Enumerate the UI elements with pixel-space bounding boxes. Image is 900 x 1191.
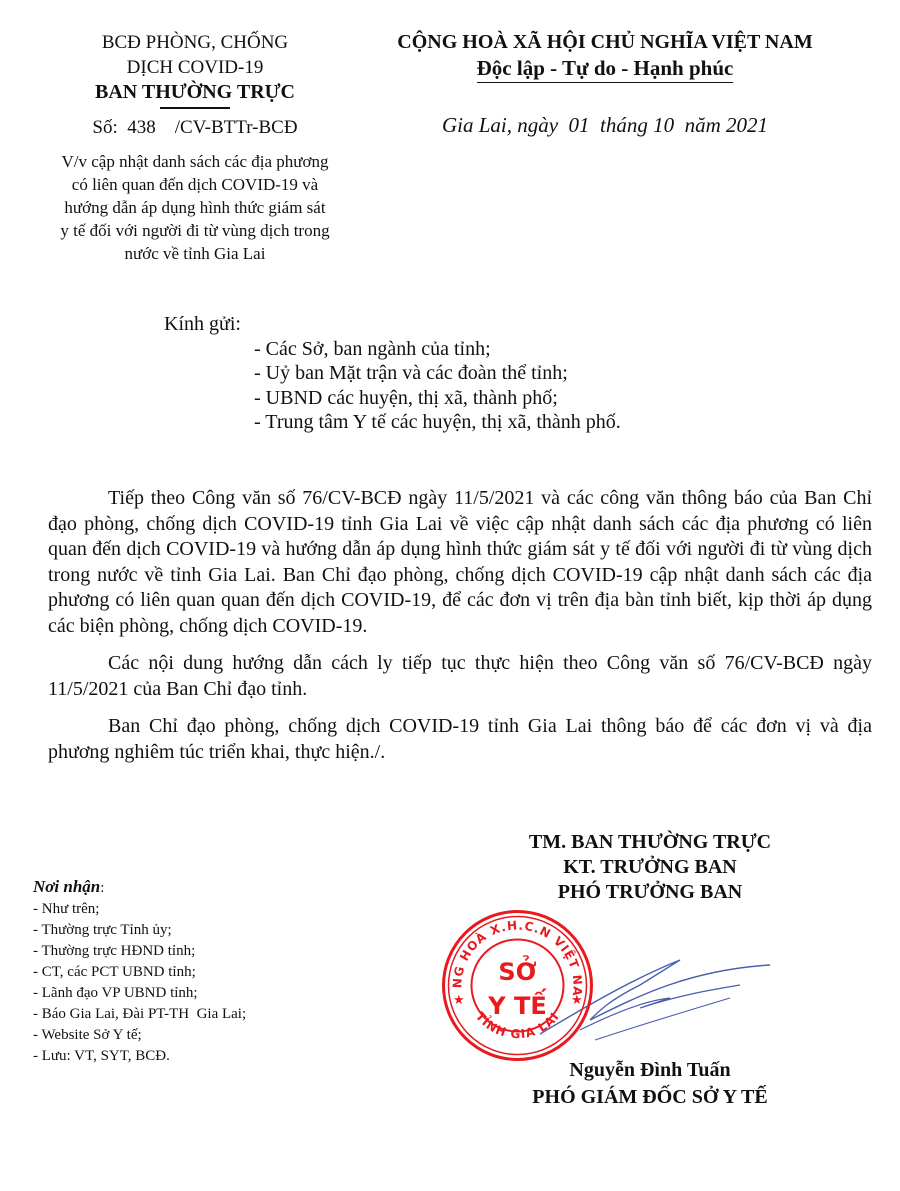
distribution-item: - CT, các PCT UBND tỉnh;: [33, 962, 246, 983]
body-paragraph: Tiếp theo Công văn số 76/CV-BCĐ ngày 11/…: [48, 486, 872, 639]
distribution-item: - Lãnh đạo VP UBND tỉnh;: [33, 983, 246, 1004]
distribution-title: Nơi nhận: [33, 877, 100, 896]
subject-line: có liên quan đến dịch COVID-19 và: [40, 173, 350, 196]
signer-block: Nguyễn Đình Tuấn PHÓ GIÁM ĐỐC SỞ Y TẾ: [440, 1057, 860, 1111]
distribution-item: - Báo Gia Lai, Đài PT-TH Gia Lai;: [33, 1004, 246, 1025]
recipient-item: - Các Sở, ban ngành của tỉnh;: [254, 337, 621, 362]
seal-center-line1: SỞ: [498, 953, 536, 986]
seal-star-left: ★: [453, 992, 465, 1007]
signature-line3: PHÓ TRƯỞNG BAN: [440, 880, 860, 905]
subject-line: nước về tỉnh Gia Lai: [40, 242, 350, 265]
distribution-block: Nơi nhận: - Như trên; - Thường trực Tỉnh…: [33, 876, 246, 1067]
seal-center-line2: Y TẾ: [487, 987, 547, 1020]
national-header-block: CỘNG HOÀ XÃ HỘI CHỦ NGHĨA VIỆT NAM Độc l…: [350, 30, 860, 138]
distribution-list: - Như trên; - Thường trực Tỉnh ủy; - Thư…: [33, 899, 246, 1067]
recipients-block: Kính gửi: - Các Sở, ban ngành của tỉnh; …: [164, 312, 621, 435]
distribution-item: - Như trên;: [33, 899, 246, 920]
recipient-item: - UBND các huyện, thị xã, thành phố;: [254, 386, 621, 411]
signer-name: Nguyễn Đình Tuấn: [440, 1057, 860, 1084]
recipient-item: - Trung tâm Y tế các huyện, thị xã, thàn…: [254, 410, 621, 435]
subject-summary: V/v cập nhật danh sách các địa phương có…: [40, 150, 350, 265]
recipients-label: Kính gửi:: [164, 312, 621, 337]
recipients-list: - Các Sở, ban ngành của tỉnh; - Uỷ ban M…: [164, 337, 621, 435]
header-divider: [160, 107, 230, 109]
signature-title-block: TM. BAN THƯỜNG TRỰC KT. TRƯỞNG BAN PHÓ T…: [440, 830, 860, 905]
org-name-line3: BAN THƯỜNG TRỰC: [40, 80, 350, 105]
subject-line: hướng dẫn áp dụng hình thức giám sát: [40, 196, 350, 219]
signature-line1: TM. BAN THƯỜNG TRỰC: [440, 830, 860, 855]
issuing-authority-block: BCĐ PHÒNG, CHỐNG DỊCH COVID-19 BAN THƯỜN…: [40, 30, 350, 265]
reference-number: Số: 438 /CV-BTTr-BCĐ: [40, 115, 350, 140]
issue-date: Gia Lai, ngày 01 tháng 10 năm 2021: [350, 113, 860, 138]
signature-line2: KT. TRƯỞNG BAN: [440, 855, 860, 880]
nation-name: CỘNG HOÀ XÃ HỘI CHỦ NGHĨA VIỆT NAM: [350, 30, 860, 55]
official-seal-icon: CỘNG HOÀ X.H.C.N VIỆT NAM TỈNH GIA LAI ★…: [440, 908, 595, 1063]
document-body: Tiếp theo Công văn số 76/CV-BCĐ ngày 11/…: [48, 486, 872, 777]
distribution-title-colon: :: [100, 880, 104, 896]
signer-title: PHÓ GIÁM ĐỐC SỞ Y TẾ: [440, 1084, 860, 1111]
body-paragraph: Ban Chỉ đạo phòng, chống dịch COVID-19 t…: [48, 714, 872, 765]
org-name-line2: DỊCH COVID-19: [40, 55, 350, 80]
body-paragraph: Các nội dung hướng dẫn cách ly tiếp tục …: [48, 651, 872, 702]
distribution-item: - Thường trực HĐND tỉnh;: [33, 941, 246, 962]
subject-line: y tế đối với người đi từ vùng dịch trong: [40, 219, 350, 242]
org-name-line1: BCĐ PHÒNG, CHỐNG: [40, 30, 350, 55]
seal-star-right: ★: [571, 992, 583, 1007]
distribution-item: - Thường trực Tỉnh ủy;: [33, 920, 246, 941]
distribution-item: - Website Sở Y tế;: [33, 1025, 246, 1046]
national-motto: Độc lập - Tự do - Hạnh phúc: [477, 55, 734, 83]
subject-line: V/v cập nhật danh sách các địa phương: [40, 150, 350, 173]
distribution-item: - Lưu: VT, SYT, BCĐ.: [33, 1046, 246, 1067]
recipient-item: - Uỷ ban Mặt trận và các đoàn thể tỉnh;: [254, 361, 621, 386]
